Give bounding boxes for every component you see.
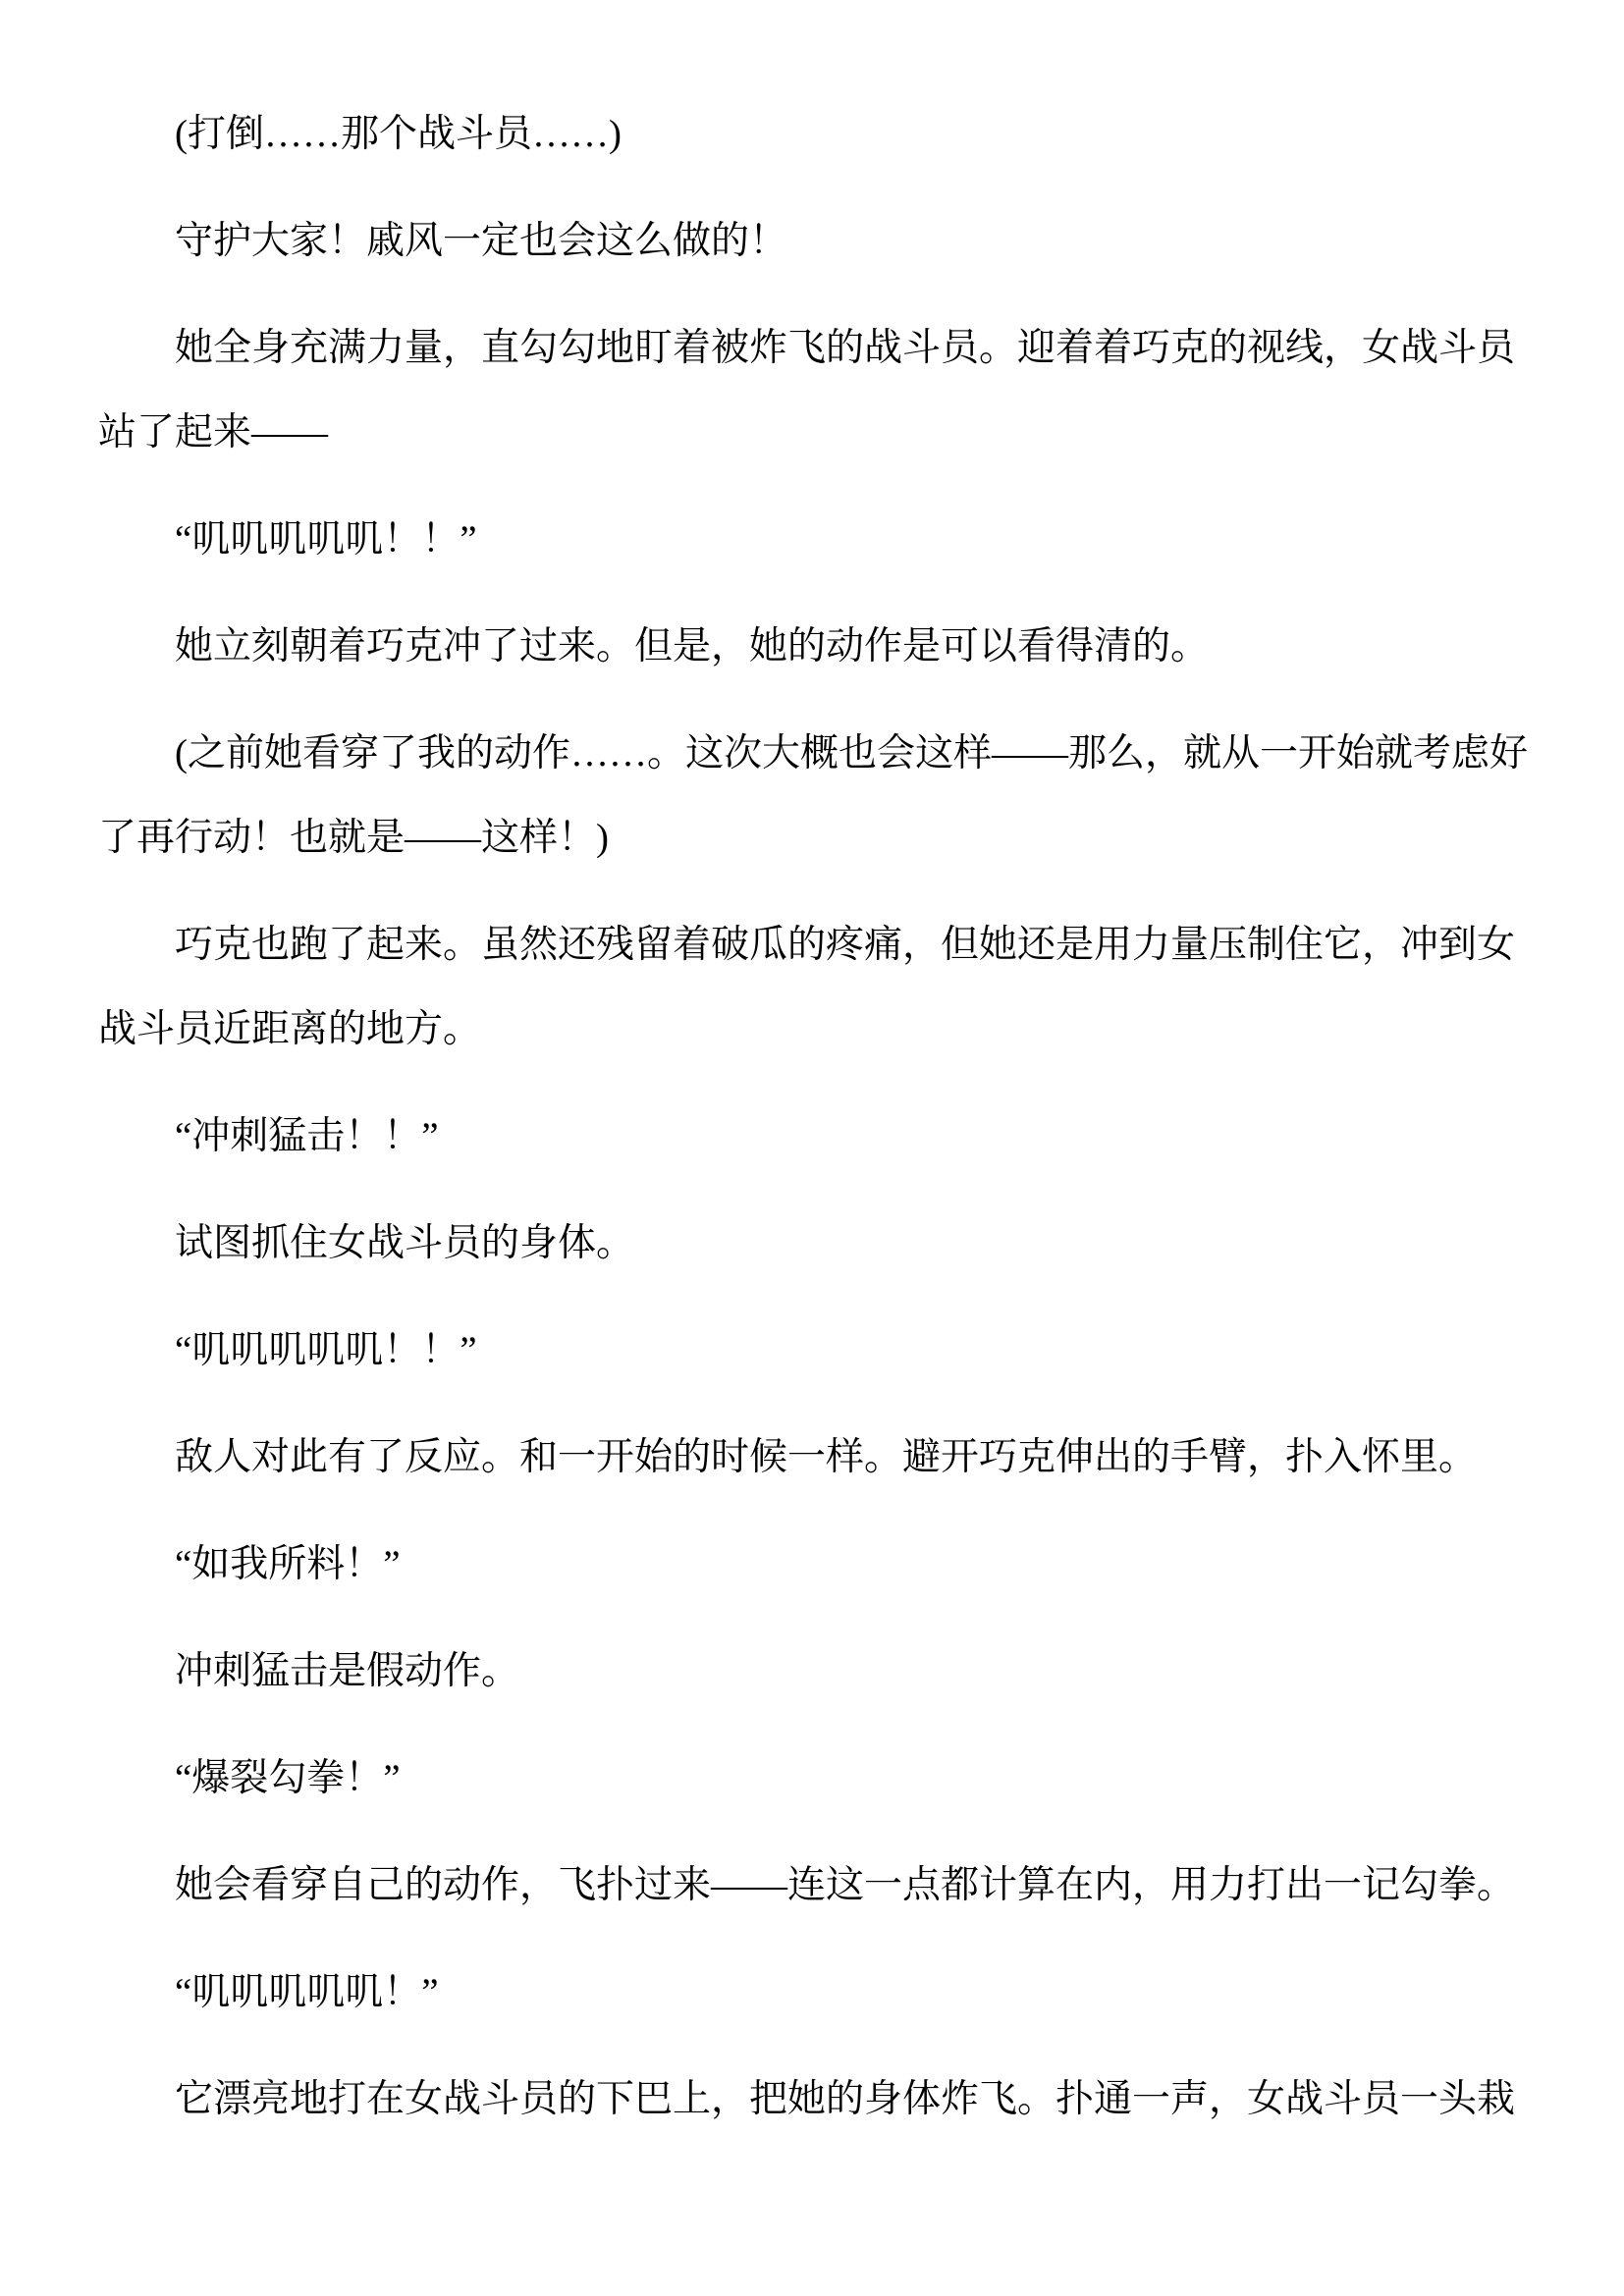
paragraph-line: “叽叽叽叽叽！” [175, 1971, 439, 2013]
paragraph: 它漂亮地打在女战斗员的下巴上，把她的身体炸飞。扑通一声，女战斗员一头栽 [98, 2057, 1624, 2142]
paragraph-line: 她会看穿自己的动作，飞扑过来——连这一点都计算在内，用力打出一记勾拳。 [175, 1864, 1515, 1906]
paragraph: 试图抓住女战斗员的身体。 [98, 1201, 1624, 1286]
paragraph-line: 战斗员近距离的地方。 [98, 1008, 481, 1050]
paragraph-line: “叽叽叽叽叽！！” [175, 1329, 477, 1371]
paragraph: “叽叽叽叽叽！” [98, 1950, 1624, 2035]
paragraph: 她全身充满力量，直勾勾地盯着被炸飞的战斗员。迎着着巧克的视线，女战斗员站了起来—… [98, 306, 1624, 475]
paragraph-line: “如我所料！” [175, 1543, 401, 1585]
paragraph: “冲刺猛击！！” [98, 1095, 1624, 1179]
paragraph-line: 站了起来—— [98, 411, 328, 454]
paragraph-line: 敌人对此有了反应。和一开始的时候一样。避开巧克伸出的手臂，扑入怀里。 [175, 1436, 1477, 1478]
paragraph-line: 冲刺猛击是假动作。 [175, 1650, 519, 1692]
paragraph-line: (打倒……那个战斗员……) [175, 113, 622, 155]
paragraph: 她立刻朝着巧克冲了过来。但是，她的动作是可以看得清的。 [98, 605, 1624, 689]
paragraph: “叽叽叽叽叽！！” [98, 1308, 1624, 1393]
paragraph: “爆裂勾拳！” [98, 1736, 1624, 1821]
document-page: (打倒……那个战斗员……)守护大家！戚风一定也会这么做的！她全身充满力量，直勾勾… [0, 0, 1624, 2296]
paragraph-line: 巧克也跑了起来。虽然还残留着破瓜的疼痛，但她还是用力量压制住它，冲到女 [175, 924, 1515, 966]
text-body: (打倒……那个战斗员……)守护大家！戚风一定也会这么做的！她全身充满力量，直勾勾… [98, 92, 1624, 2164]
paragraph-line: 她立刻朝着巧克冲了过来。但是，她的动作是可以看得清的。 [175, 625, 1209, 667]
paragraph: 冲刺猛击是假动作。 [98, 1629, 1624, 1714]
paragraph-line: 守护大家！戚风一定也会这么做的！ [175, 220, 787, 262]
paragraph: (打倒……那个战斗员……) [98, 92, 1624, 177]
paragraph-line: 她全身充满力量，直勾勾地盯着被炸飞的战斗员。迎着着巧克的视线，女战斗员 [175, 327, 1515, 369]
paragraph: 她会看穿自己的动作，飞扑过来——连这一点都计算在内，用力打出一记勾拳。 [98, 1843, 1624, 1928]
paragraph: 敌人对此有了反应。和一开始的时候一样。避开巧克伸出的手臂，扑入怀里。 [98, 1415, 1624, 1500]
paragraph-line: 试图抓住女战斗员的身体。 [175, 1222, 634, 1264]
paragraph: “如我所料！” [98, 1522, 1624, 1607]
paragraph: “叽叽叽叽叽！！” [98, 498, 1624, 582]
paragraph-line: “叽叽叽叽叽！！” [175, 518, 477, 561]
paragraph-line: 了再行动！也就是——这样！) [98, 817, 609, 859]
paragraph: 守护大家！戚风一定也会这么做的！ [98, 199, 1624, 284]
paragraph-line: “爆裂勾拳！” [175, 1757, 401, 1799]
paragraph: (之前她看穿了我的动作……。这次大概也会这样——那么，就从一开始就考虑好了再行动… [98, 712, 1624, 881]
paragraph-line: 它漂亮地打在女战斗员的下巴上，把她的身体炸飞。扑通一声，女战斗员一头栽 [175, 2078, 1515, 2120]
paragraph-line: (之前她看穿了我的动作……。这次大概也会这样——那么，就从一开始就考虑好 [175, 732, 1528, 774]
paragraph: 巧克也跑了起来。虽然还残留着破瓜的疼痛，但她还是用力量压制住它，冲到女战斗员近距… [98, 903, 1624, 1072]
paragraph-line: “冲刺猛击！！” [175, 1115, 439, 1157]
